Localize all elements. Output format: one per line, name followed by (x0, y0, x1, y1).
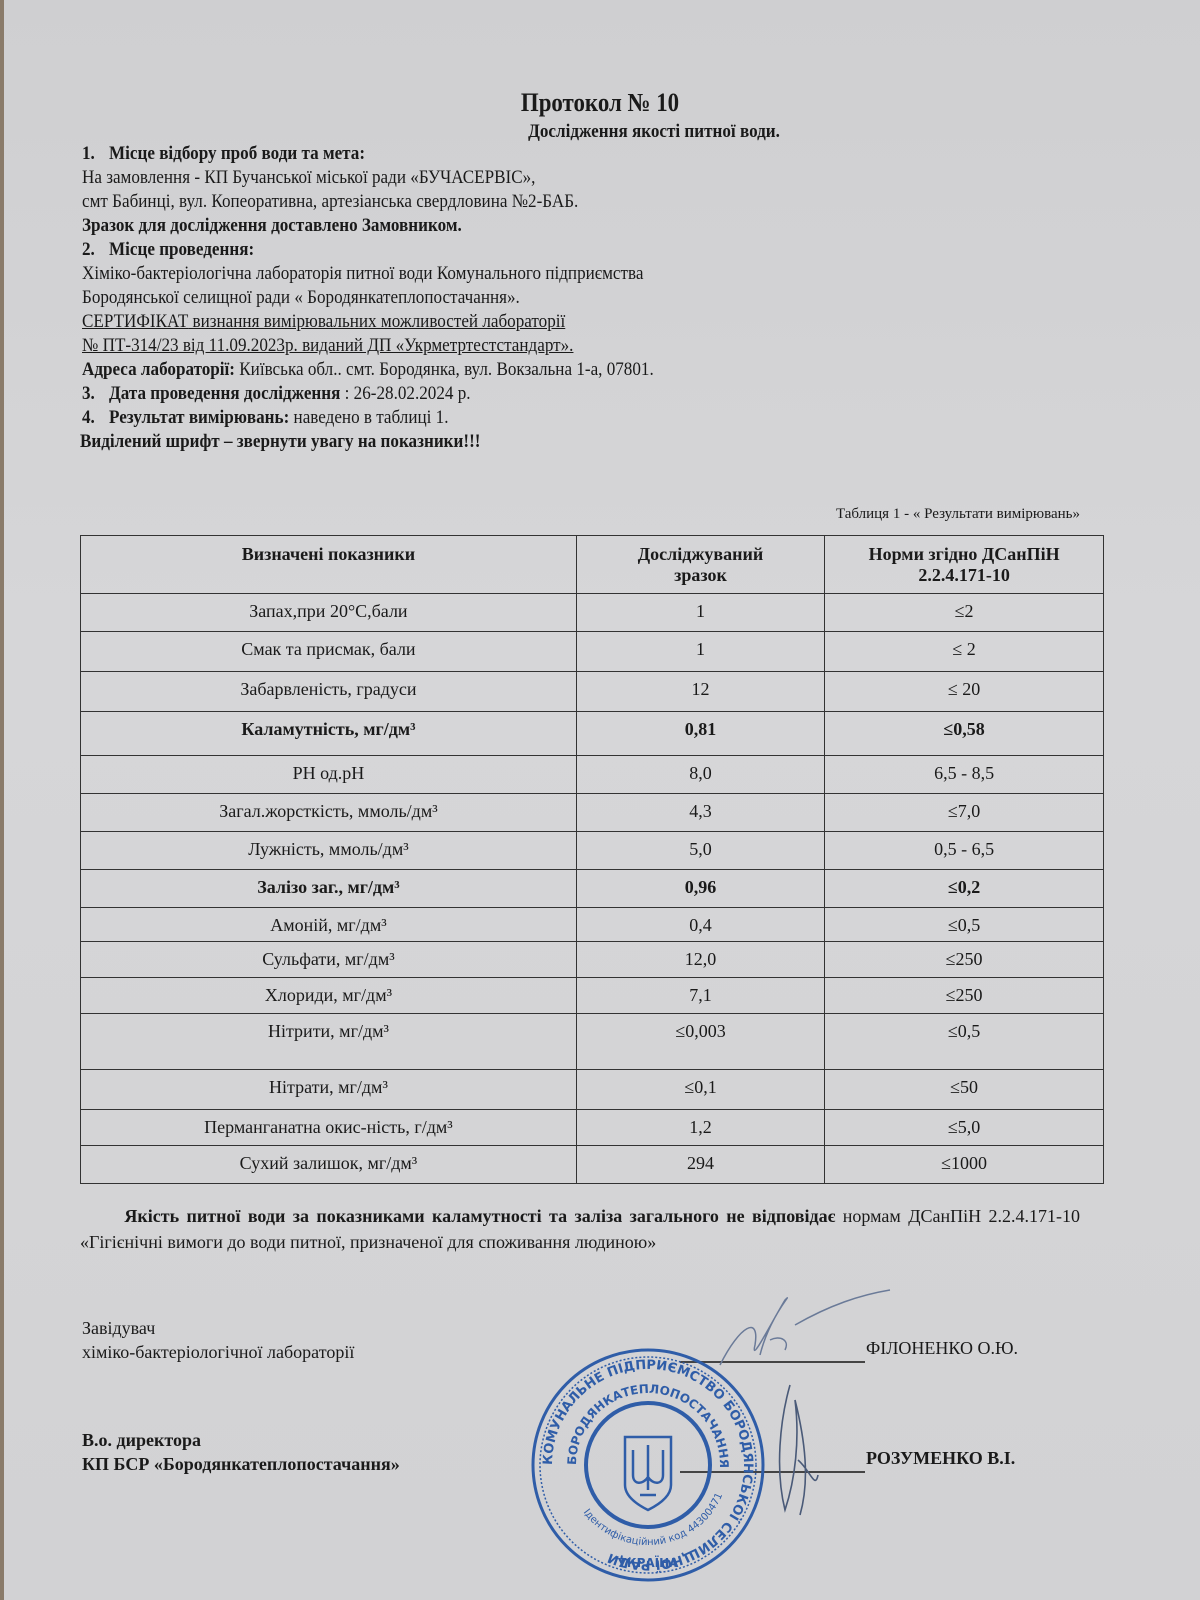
director-title-line-2: КП БСР «Бородянкатеплопостачання» (82, 1454, 400, 1475)
highlight-note: Виділений шрифт – звернути увагу на пока… (80, 431, 480, 453)
trident-emblem-icon (625, 1437, 671, 1510)
director-signature (760, 1380, 820, 1520)
cell-sample: 12,0 (576, 942, 824, 978)
section-1-line-3: Зразок для дослідження доставлено Замовн… (82, 215, 462, 237)
cell-indicator: Каламутність, мг/дм³ (81, 712, 577, 756)
header-indicator: Визначені показники (81, 536, 577, 594)
results-table: Визначені показники Досліджуваний зразок… (80, 535, 1104, 1184)
table-row: Забарвленість, градуси12≤ 20 (81, 672, 1104, 712)
section-1-heading: 1.Місце відбору проб води та мета: (82, 143, 365, 165)
table-row: Лужність, ммоль/дм³5,00,5 - 6,5 (81, 832, 1104, 870)
cell-sample: 7,1 (576, 978, 824, 1014)
section-2-line-1: Хіміко-бактеріологічна лабораторія питно… (82, 263, 643, 285)
table-row: Загал.жорсткість, ммоль/дм³4,3≤7,0 (81, 794, 1104, 832)
cell-indicator: РН од.рН (81, 756, 577, 794)
cell-sample: 4,3 (576, 794, 824, 832)
cell-indicator: Амоній, мг/дм³ (81, 908, 577, 942)
cell-sample: 0,4 (576, 908, 824, 942)
cell-norm: ≤ 20 (825, 672, 1104, 712)
cell-indicator: Залізо заг., мг/дм³ (81, 870, 577, 908)
cell-sample: 1 (576, 594, 824, 632)
cell-norm: ≤7,0 (825, 794, 1104, 832)
lab-address: Адреса лабораторії: Київська обл.. смт. … (82, 359, 654, 381)
table-row: Амоній, мг/дм³0,4≤0,5 (81, 908, 1104, 942)
protocol-title: Протокол № 10 (72, 88, 1128, 118)
cell-norm: ≤2 (825, 594, 1104, 632)
section-4: 4.Результат вимірювань: наведено в табли… (82, 407, 448, 429)
cell-indicator: Загал.жорсткість, ммоль/дм³ (81, 794, 577, 832)
cell-sample: 12 (576, 672, 824, 712)
cell-sample: ≤0,003 (576, 1014, 824, 1070)
cell-norm: ≤0,5 (825, 1014, 1104, 1070)
official-stamp: КОМУНАЛЬНЕ ПІДПРИЄМСТВО БОРОДЯНСЬКОЇ СЕЛ… (528, 1345, 768, 1585)
table-row: Смак та присмак, бали1≤ 2 (81, 632, 1104, 672)
cell-sample: ≤0,1 (576, 1070, 824, 1110)
table-row: Сульфати, мг/дм³12,0≤250 (81, 942, 1104, 978)
head-title-line-2: хіміко-бактеріологічної лабораторії (82, 1342, 354, 1363)
table-row: Нітрити, мг/дм³≤0,003≤0,5 (81, 1014, 1104, 1070)
cell-sample: 1,2 (576, 1110, 824, 1146)
cell-sample: 0,81 (576, 712, 824, 756)
cell-indicator: Сульфати, мг/дм³ (81, 942, 577, 978)
header-sample: Досліджуваний зразок (576, 536, 824, 594)
table-row: Хлориди, мг/дм³7,1≤250 (81, 978, 1104, 1014)
table-row: Залізо заг., мг/дм³0,96≤0,2 (81, 870, 1104, 908)
section-1-line-2: смт Бабинці, вул. Копеоративна, артезіан… (82, 191, 578, 213)
cell-indicator: Сухий залишок, мг/дм³ (81, 1146, 577, 1184)
certificate-line-1: СЕРТИФІКАТ визнання вимірювальних можлив… (82, 311, 565, 333)
cell-norm: ≤1000 (825, 1146, 1104, 1184)
director-name: РОЗУМЕНКО В.І. (866, 1448, 1015, 1469)
page-edge (0, 0, 4, 1600)
cell-sample: 8,0 (576, 756, 824, 794)
cell-norm: 6,5 - 8,5 (825, 756, 1104, 794)
cell-sample: 5,0 (576, 832, 824, 870)
section-2-heading: 2.Місце проведення: (82, 239, 254, 261)
cell-norm: ≤250 (825, 978, 1104, 1014)
cell-indicator: Нітрити, мг/дм³ (81, 1014, 577, 1070)
head-title-line-1: Завідувач (82, 1318, 155, 1339)
cell-norm: ≤0,58 (825, 712, 1104, 756)
section-2-line-2: Бородянської селищної ради « Бородянкате… (82, 287, 520, 309)
cell-norm: ≤ 2 (825, 632, 1104, 672)
table-body: Запах,при 20°С,бали1≤2Смак та присмак, б… (81, 594, 1104, 1184)
svg-text:УКРАЇНА: УКРАЇНА (618, 1555, 680, 1570)
table-row: Сухий залишок, мг/дм³294≤1000 (81, 1146, 1104, 1184)
cell-indicator: Смак та присмак, бали (81, 632, 577, 672)
cell-indicator: Хлориди, мг/дм³ (81, 978, 577, 1014)
cell-sample: 1 (576, 632, 824, 672)
table-row: Запах,при 20°С,бали1≤2 (81, 594, 1104, 632)
cell-norm: ≤50 (825, 1070, 1104, 1110)
cell-indicator: Забарвленість, градуси (81, 672, 577, 712)
cell-sample: 0,96 (576, 870, 824, 908)
section-3: 3.Дата проведення дослідження : 26-28.02… (82, 383, 471, 405)
certificate-line-2: № ПТ-314/23 від 11.09.2023р. виданий ДП … (82, 335, 573, 357)
cell-norm: ≤0,5 (825, 908, 1104, 942)
cell-norm: ≤5,0 (825, 1110, 1104, 1146)
table-row: Перманганатна окис-ність, г/дм³1,2≤5,0 (81, 1110, 1104, 1146)
section-1-line-1: На замовлення - КП Бучанської міської ра… (82, 167, 535, 189)
director-title-line-1: В.о. директора (82, 1430, 201, 1451)
cell-indicator: Лужність, ммоль/дм³ (81, 832, 577, 870)
cell-norm: ≤0,2 (825, 870, 1104, 908)
table-caption: Таблиця 1 - « Результати вимірювань» (836, 506, 1080, 523)
table-row: РН од.рН8,06,5 - 8,5 (81, 756, 1104, 794)
protocol-subtitle: Дослідження якості питної води. (60, 121, 1140, 143)
table-row: Нітрати, мг/дм³≤0,1≤50 (81, 1070, 1104, 1110)
cell-indicator: Нітрати, мг/дм³ (81, 1070, 577, 1110)
header-norm: Норми згідно ДСанПіН 2.2.4.171-10 (825, 536, 1104, 594)
conclusion: Якість питної води за показниками каламу… (80, 1203, 1080, 1255)
cell-norm: 0,5 - 6,5 (825, 832, 1104, 870)
table-header-row: Визначені показники Досліджуваний зразок… (81, 536, 1104, 594)
cell-indicator: Перманганатна окис-ність, г/дм³ (81, 1110, 577, 1146)
cell-indicator: Запах,при 20°С,бали (81, 594, 577, 632)
table-row: Каламутність, мг/дм³0,81≤0,58 (81, 712, 1104, 756)
cell-sample: 294 (576, 1146, 824, 1184)
cell-norm: ≤250 (825, 942, 1104, 978)
